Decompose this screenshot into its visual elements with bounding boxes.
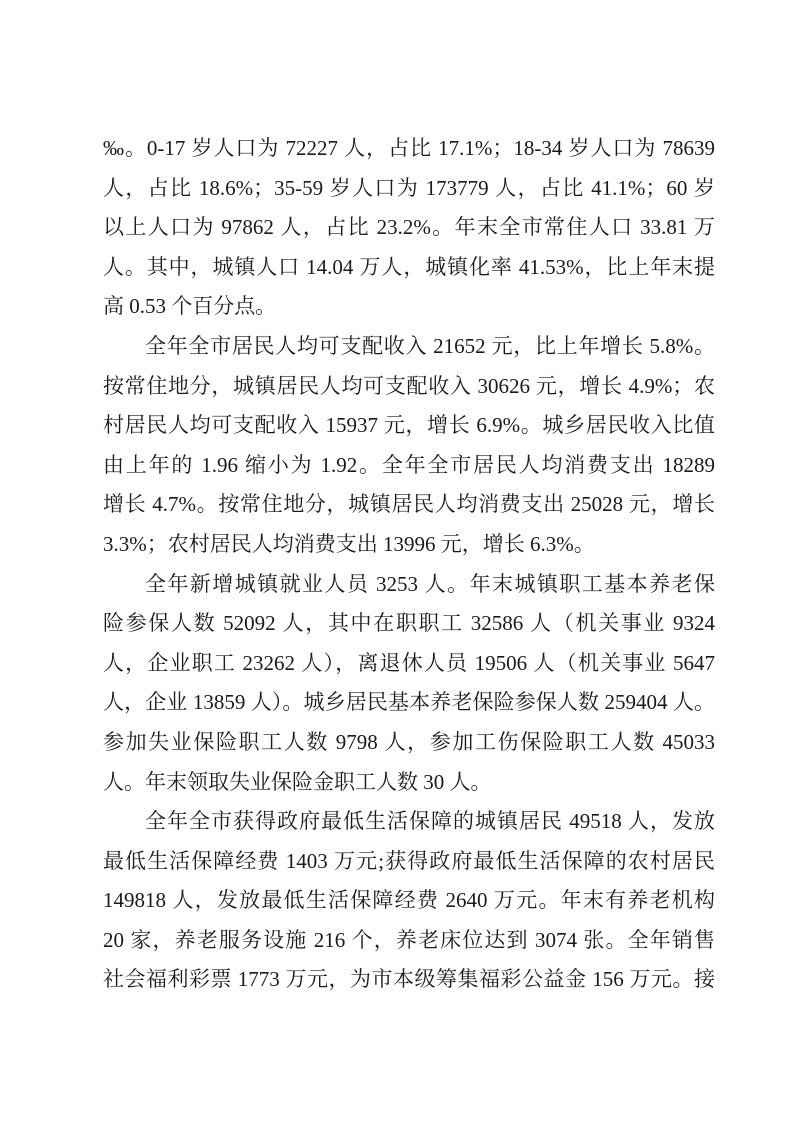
text-line: 人，企业 13859 人）。城乡居民基本养老保险参保人数 259404 人。 (103, 683, 715, 723)
paragraph-social-welfare: 全年全市获得政府最低生活保障的城镇居民 49518 人，发放最低生活保障经费 1… (103, 802, 715, 1000)
text-line: 人。其中，城镇人口 14.04 万人，城镇化率 41.53%，比上年末提 (103, 248, 715, 288)
text-line: 全年全市获得政府最低生活保障的城镇居民 49518 人，发放 (103, 802, 715, 842)
document-text-block: ‰。0-17 岁人口为 72227 人，占比 17.1%；18-34 岁人口为 … (103, 129, 715, 1000)
text-line: 人，企业职工 23262 人），离退休人员 19506 人（机关事业 5647 (103, 644, 715, 684)
paragraph-population-age-structure: ‰。0-17 岁人口为 72227 人，占比 17.1%；18-34 岁人口为 … (103, 129, 715, 327)
paragraph-employment-social-insurance: 全年新增城镇就业人员 3253 人。年末城镇职工基本养老保险参保人数 52092… (103, 565, 715, 803)
text-line: 人。年末领取失业保险金职工人数 30 人。 (103, 763, 715, 803)
text-line: 149818 人，发放最低生活保障经费 2640 万元。年末有养老机构 (103, 881, 715, 921)
document-page: ‰。0-17 岁人口为 72227 人，占比 17.1%；18-34 岁人口为 … (0, 0, 793, 1122)
text-line: 人，占比 18.6%；35-59 岁人口为 173779 人，占比 41.1%；… (103, 169, 715, 209)
text-line: 高 0.53 个百分点。 (103, 287, 715, 327)
text-line: 最低生活保障经费 1403 万元;获得政府最低生活保障的农村居民 (103, 842, 715, 882)
text-line: 3.3%；农村居民人均消费支出 13996 元，增长 6.3%。 (103, 525, 715, 565)
text-line: 村居民人均可支配收入 15937 元，增长 6.9%。城乡居民收入比值 (103, 406, 715, 446)
text-line: 按常住地分，城镇居民人均可支配收入 30626 元，增长 4.9%；农 (103, 367, 715, 407)
text-line: 以上人口为 97862 人，占比 23.2%。年末全市常住人口 33.81 万 (103, 208, 715, 248)
text-line: 由上年的 1.96 缩小为 1.92。全年全市居民人均消费支出 18289 元， (103, 446, 715, 486)
text-line: 险参保人数 52092 人，其中在职职工 32586 人（机关事业 9324 (103, 604, 715, 644)
text-line: 全年全市居民人均可支配收入 21652 元，比上年增长 5.8%。 (103, 327, 715, 367)
text-line: 增长 4.7%。按常住地分，城镇居民人均消费支出 25028 元，增长 (103, 485, 715, 525)
text-line: 20 家，养老服务设施 216 个，养老床位达到 3074 张。全年销售 (103, 921, 715, 961)
text-line: 全年新增城镇就业人员 3253 人。年末城镇职工基本养老保 (103, 565, 715, 605)
text-line: ‰。0-17 岁人口为 72227 人，占比 17.1%；18-34 岁人口为 … (103, 129, 715, 169)
text-line: 参加失业保险职工人数 9798 人，参加工伤保险职工人数 45033 (103, 723, 715, 763)
paragraph-resident-income-expenditure: 全年全市居民人均可支配收入 21652 元，比上年增长 5.8%。按常住地分，城… (103, 327, 715, 565)
text-line: 社会福利彩票 1773 万元，为市本级筹集福彩公益金 156 万元。接 (103, 960, 715, 1000)
